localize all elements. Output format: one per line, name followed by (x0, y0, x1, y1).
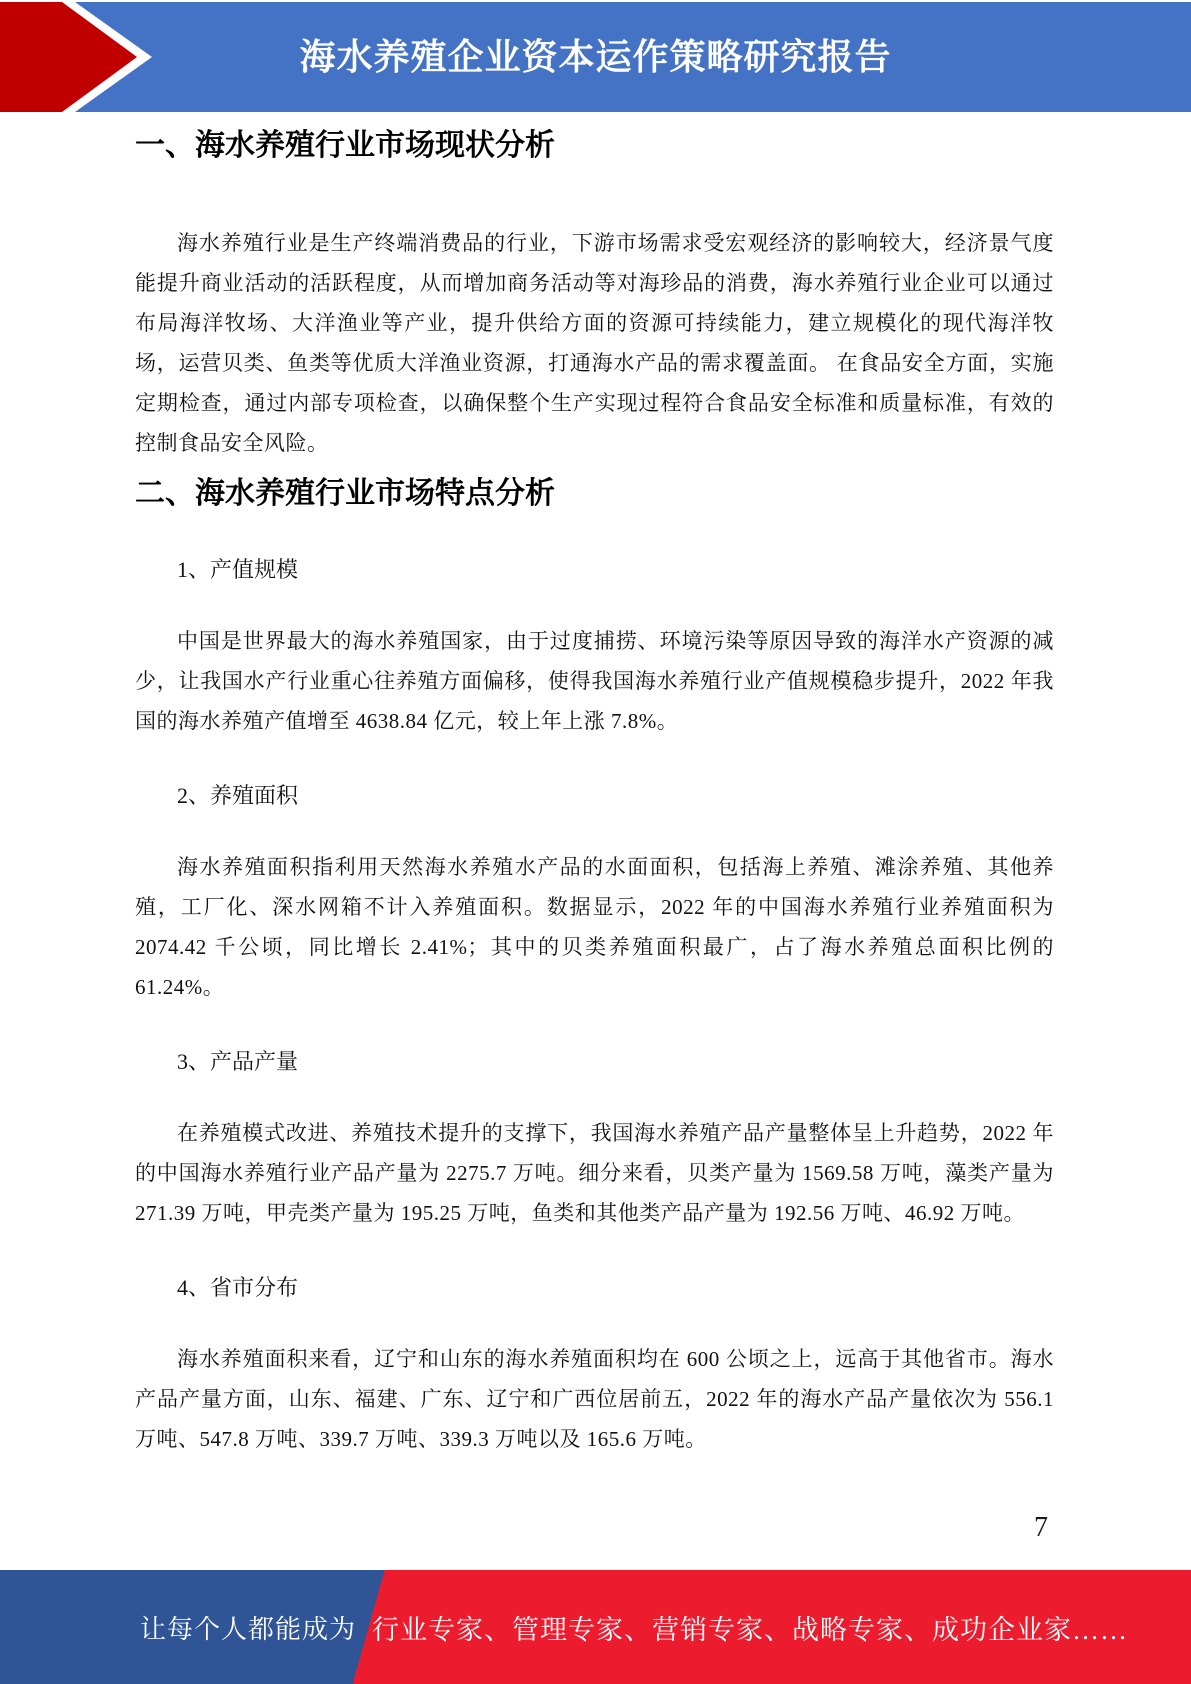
subsection-1-paragraph: 中国是世界最大的海水养殖国家，由于过度捕捞、环境污染等原因导致的海洋水产资源的减… (135, 621, 1054, 741)
subsection-heading-3: 3、产品产量 (135, 1047, 1054, 1077)
footer-slogan-right: 行业专家、管理专家、营销专家、战略专家、成功企业家…… (372, 1570, 1128, 1684)
report-page: 海水养殖企业资本运作策略研究报告 一、海水养殖行业市场现状分析 海水养殖行业是生… (0, 0, 1191, 1684)
subsection-2-paragraph: 海水养殖面积指利用天然海水养殖水产品的水面面积，包括海上养殖、滩涂养殖、其他养殖… (135, 847, 1054, 1007)
report-header-banner: 海水养殖企业资本运作策略研究报告 (0, 2, 1191, 112)
subsection-heading-1: 1、产值规模 (135, 555, 1054, 585)
section-1-paragraph: 海水养殖行业是生产终端消费品的行业，下游市场需求受宏观经济的影响较大，经济景气度… (135, 223, 1054, 463)
footer-banner: 让每个人都能成为 行业专家、管理专家、营销专家、战略专家、成功企业家…… (0, 1570, 1191, 1684)
document-body: 一、海水养殖行业市场现状分析 海水养殖行业是生产终端消费品的行业，下游市场需求受… (0, 112, 1191, 1459)
subsection-3-paragraph: 在养殖模式改进、养殖技术提升的支撑下，我国海水养殖产品产量整体呈上升趋势，202… (135, 1113, 1054, 1233)
section-heading-2: 二、海水养殖行业市场特点分析 (135, 473, 1054, 515)
footer-slogan-left: 让每个人都能成为 (140, 1570, 356, 1684)
subsection-heading-2: 2、养殖面积 (135, 781, 1054, 811)
section-heading-1: 一、海水养殖行业市场现状分析 (135, 125, 1054, 167)
report-title: 海水养殖企业资本运作策略研究报告 (0, 2, 1191, 112)
page-number: 7 (1034, 1512, 1048, 1544)
subsection-4-paragraph: 海水养殖面积来看，辽宁和山东的海水养殖面积均在 600 公顷之上，远高于其他省市… (135, 1339, 1054, 1459)
subsection-heading-4: 4、省市分布 (135, 1273, 1054, 1303)
